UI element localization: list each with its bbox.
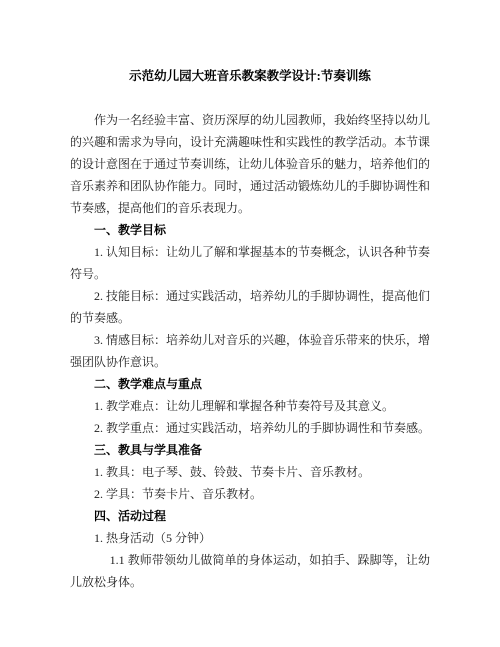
section-heading-activity-process: 四、活动过程 [70,505,430,527]
list-item-emotional-goal: 3. 情感目标：培养幼儿对音乐的兴趣，体验音乐带来的快乐，增强团队协作意识。 [70,329,430,373]
section-heading-difficulties-focus: 二、教学难点与重点 [70,373,430,395]
list-item-warmup-activity: 1. 热身活动（5 分钟） [70,527,430,549]
document-title: 示范幼儿园大班音乐教案教学设计:节奏训练 [70,65,430,87]
document-body: 示范幼儿园大班音乐教案教学设计:节奏训练 作为一名经验丰富、资历深厚的幼儿园教师… [70,65,430,593]
list-item-teaching-focus: 2. 教学重点：通过实践活动，培养幼儿的手脚协调性和节奏感。 [70,417,430,439]
list-item-teacher-materials: 1. 教具：电子琴、鼓、铃鼓、节奏卡片、音乐教材。 [70,461,430,483]
intro-paragraph: 作为一名经验丰富、资历深厚的幼儿园教师，我始终坚持以幼儿的兴趣和需求为导向，设计… [70,109,430,219]
section-heading-teaching-goals: 一、教学目标 [70,219,430,241]
list-item-teaching-difficulty: 1. 教学难点：让幼儿理解和掌握各种节奏符号及其意义。 [70,395,430,417]
list-item-student-materials: 2. 学具：节奏卡片、音乐教材。 [70,483,430,505]
list-item-cognitive-goal: 1. 认知目标：让幼儿了解和掌握基本的节奏概念，认识各种节奏符号。 [70,241,430,285]
document-page: 示范幼儿园大班音乐教案教学设计:节奏训练 作为一名经验丰富、资历深厚的幼儿园教师… [0,0,500,647]
sub-list-item-warmup-detail: 1.1 教师带领幼儿做简单的身体运动，如拍手、跺脚等，让幼儿放松身体。 [70,549,430,593]
list-item-skill-goal: 2. 技能目标：通过实践活动，培养幼儿的手脚协调性，提高他们的节奏感。 [70,285,430,329]
section-heading-materials: 三、教具与学具准备 [70,439,430,461]
